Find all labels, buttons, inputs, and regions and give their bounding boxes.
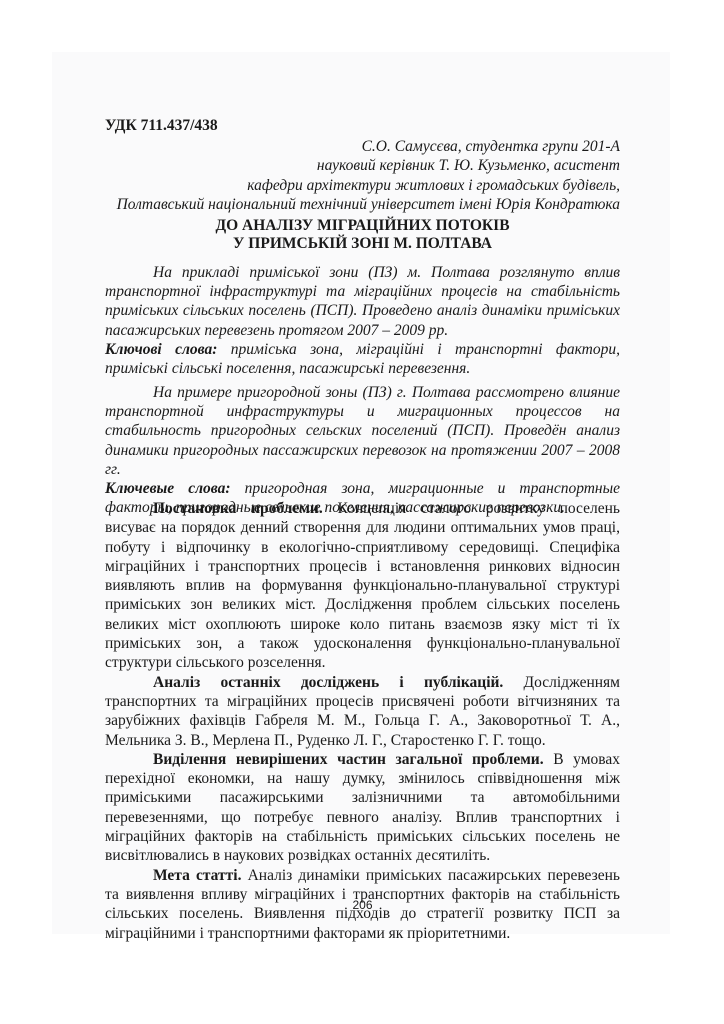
department-line: кафедри архітектури житлових і громадськ…	[105, 176, 620, 195]
keywords-ua-label: Ключові слова:	[105, 341, 217, 358]
author-line: С.О. Самусєва, студентка групи 201-А	[105, 137, 620, 156]
section-unsolved-problems: Виділення невирішених частин загальної п…	[105, 750, 620, 866]
udk-code: УДК 711.437/438	[105, 116, 218, 135]
section-heading: Аналіз останніх досліджень і публікацій.	[153, 674, 503, 691]
author-block: С.О. Самусєва, студентка групи 201-А нау…	[105, 137, 620, 214]
title-line-1: ДО АНАЛІЗУ МІГРАЦІЙНИХ ПОТОКІВ	[105, 217, 620, 235]
keywords-ru-label: Ключевые слова:	[105, 480, 231, 497]
supervisor-line: науковий керівник Т. Ю. Кузьменко, асист…	[105, 156, 620, 175]
keywords-ua: Ключові слова: приміська зона, міграційн…	[105, 340, 620, 378]
abstract-russian: На примере пригородной зоны (ПЗ) г. Полт…	[105, 383, 620, 517]
body-text: Постановка проблеми. Концепція сталого р…	[105, 499, 620, 943]
abstract-ua-text: На прикладі приміської зони (ПЗ) м. Полт…	[105, 263, 620, 340]
abstract-ru-text: На примере пригородной зоны (ПЗ) г. Полт…	[105, 383, 620, 479]
university-line: Полтавський національний технічний уніве…	[105, 195, 620, 214]
section-problem-statement: Постановка проблеми. Концепція сталого р…	[105, 499, 620, 673]
page-number: 206	[105, 898, 620, 912]
section-text: Концепція сталого розвитку поселень вису…	[105, 500, 620, 671]
title-line-2: У ПРИМСЬКІЙ ЗОНІ М. ПОЛТАВА	[105, 235, 620, 253]
paper-title: ДО АНАЛІЗУ МІГРАЦІЙНИХ ПОТОКІВ У ПРИМСЬК…	[105, 217, 620, 252]
section-literature-review: Аналіз останніх досліджень і публікацій.…	[105, 673, 620, 750]
section-heading: Постановка проблеми.	[153, 500, 323, 517]
abstract-ukrainian: На прикладі приміської зони (ПЗ) м. Полт…	[105, 263, 620, 378]
section-heading: Мета статті.	[153, 867, 241, 884]
section-heading: Виділення невирішених частин загальної п…	[153, 751, 544, 768]
